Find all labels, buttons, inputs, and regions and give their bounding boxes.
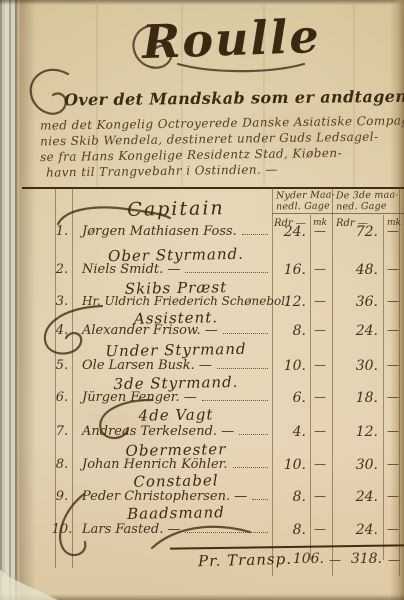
- transport-rdr: 318.: [344, 551, 382, 567]
- monthly-mk: —: [312, 390, 328, 404]
- three-month-mk: —: [385, 457, 401, 471]
- three-month-rdr: 72.: [334, 224, 378, 240]
- dotted-leader: [185, 272, 268, 273]
- dotted-leader: [242, 234, 268, 235]
- dotted-leader: [223, 333, 268, 334]
- dotted-leader: [202, 400, 268, 401]
- header-three-month-line1: De 3de maa-: [336, 189, 399, 201]
- three-month-rdr: 30.: [334, 358, 378, 374]
- row-number: 4.: [48, 323, 76, 338]
- three-month-mk: —: [385, 424, 401, 438]
- three-month-rdr: 18.: [334, 390, 378, 406]
- monthly-mk: —: [312, 522, 328, 536]
- three-month-mk: —: [385, 522, 401, 536]
- monthly-mk: —: [312, 424, 328, 438]
- transport-rd: 106.: [282, 551, 324, 567]
- monthly-rd: 24.: [272, 224, 306, 240]
- crew-name: Jørgen Mathiasen Foss.: [82, 224, 237, 239]
- monthly-mk: —: [312, 489, 328, 503]
- row-number: 1.: [48, 224, 76, 239]
- three-month-rdr: 12.: [334, 424, 378, 440]
- monthly-rd: 10.: [272, 457, 306, 473]
- three-month-mk: —: [385, 390, 401, 404]
- crew-name: Johan Henrich Köhler.: [82, 457, 228, 472]
- dotted-leader: [233, 467, 268, 468]
- monthly-mk: —: [312, 262, 328, 276]
- three-month-rdr: 24.: [334, 522, 378, 538]
- row-number: 8.: [48, 457, 76, 472]
- title-underline-flourish-icon: [176, 60, 308, 76]
- three-month-mk: —: [385, 262, 401, 276]
- monthly-rd: 12.: [272, 294, 306, 310]
- monthly-mk: —: [312, 224, 328, 238]
- rank-heading: 4de Vagt: [82, 404, 270, 425]
- dotted-leader: [252, 499, 268, 500]
- row-number: 9.: [48, 489, 76, 504]
- monthly-mk: —: [312, 294, 328, 308]
- monthly-rd: 8.: [272, 489, 306, 505]
- three-month-rdr: 48.: [334, 262, 378, 278]
- monthly-rd: 8.: [272, 522, 306, 538]
- table-right-rule: [399, 188, 400, 576]
- monthly-rd: 4.: [272, 424, 306, 440]
- crew-name: Ole Larsen Busk. —: [82, 358, 212, 373]
- monthly-rd: 16.: [272, 262, 306, 278]
- page-edge-top: [0, 0, 404, 5]
- monthly-rd: 8.: [272, 323, 306, 339]
- monthly-rd: 10.: [272, 358, 306, 374]
- transport-mk: —: [328, 553, 342, 567]
- table-row: 1. Jørgen Mathiasen Foss. 24. — 72. —: [0, 224, 404, 242]
- row-number: 6.: [48, 390, 76, 405]
- three-month-rdr: 24.: [334, 489, 378, 505]
- dotted-leader: [217, 368, 268, 369]
- row-number: 7.: [48, 424, 76, 439]
- table-top-rule: [22, 187, 404, 189]
- three-month-rdr: 24.: [334, 323, 378, 339]
- row-number: 2.: [48, 262, 76, 277]
- header-three-month-wage: De 3de maa- ned. Gage: [336, 189, 399, 212]
- preamble-line-1: Over det Mandskab som er andtagen til at…: [64, 86, 404, 110]
- monthly-rd: 6.: [272, 390, 306, 406]
- row-number: 10.: [48, 522, 76, 537]
- dotted-leader: [239, 434, 268, 435]
- transport-mk2: —: [386, 553, 402, 567]
- header-divider-rule: [272, 213, 404, 214]
- crew-name: Andreas Terkelsend. —: [82, 424, 234, 439]
- manuscript-scan: Roulle Over det Mandskab som er andtagen…: [0, 0, 404, 600]
- preamble-line-5: havn til Trangvebahr i Ostindien. —: [46, 162, 278, 179]
- header-three-month-line2: ned. Gage: [336, 200, 399, 212]
- crew-name: Hr. Uldrich Friederich Schønebol.: [82, 294, 289, 308]
- amount-column-rule: [332, 188, 333, 576]
- three-month-rdr: 30.: [334, 457, 378, 473]
- three-month-mk: —: [385, 294, 401, 308]
- three-month-rdr: 36.: [334, 294, 378, 310]
- page-edge-bottom: [0, 594, 404, 600]
- header-monthly-line2: nedl. Gage: [276, 200, 335, 212]
- amount-column-rule: [272, 188, 273, 576]
- crew-name: Niels Smidt. —: [82, 262, 180, 277]
- row-number: 3.: [48, 294, 76, 309]
- monthly-mk: —: [312, 323, 328, 337]
- three-month-mk: —: [385, 358, 401, 372]
- three-month-mk: —: [385, 224, 401, 238]
- monthly-mk: —: [312, 457, 328, 471]
- crew-name: Jürgen Fenger. —: [82, 390, 197, 405]
- row-number: 5.: [48, 358, 76, 373]
- crew-name: Alexander Frisow. —: [82, 323, 218, 338]
- monthly-mk: —: [312, 358, 328, 372]
- transport-label: Pr. Transp.: [198, 550, 292, 570]
- table-row: 4. Alexander Frisow. — 8. — 24. —: [0, 323, 404, 341]
- preamble-line-4: se fra Hans Kongelige Residentz Stad, Ki…: [40, 146, 342, 164]
- three-month-mk: —: [385, 489, 401, 503]
- table-row: 2. Niels Smidt. — 16. — 48. —: [0, 262, 404, 280]
- three-month-mk: —: [385, 323, 401, 337]
- rank-heading: Capitain: [82, 196, 270, 221]
- table-row: 7. Andreas Terkelsend. — 4. — 12. —: [0, 424, 404, 442]
- header-monthly-wage: Nyder Maa- nedl. Gage: [276, 189, 336, 212]
- crew-name: Peder Christophersen. —: [82, 489, 247, 504]
